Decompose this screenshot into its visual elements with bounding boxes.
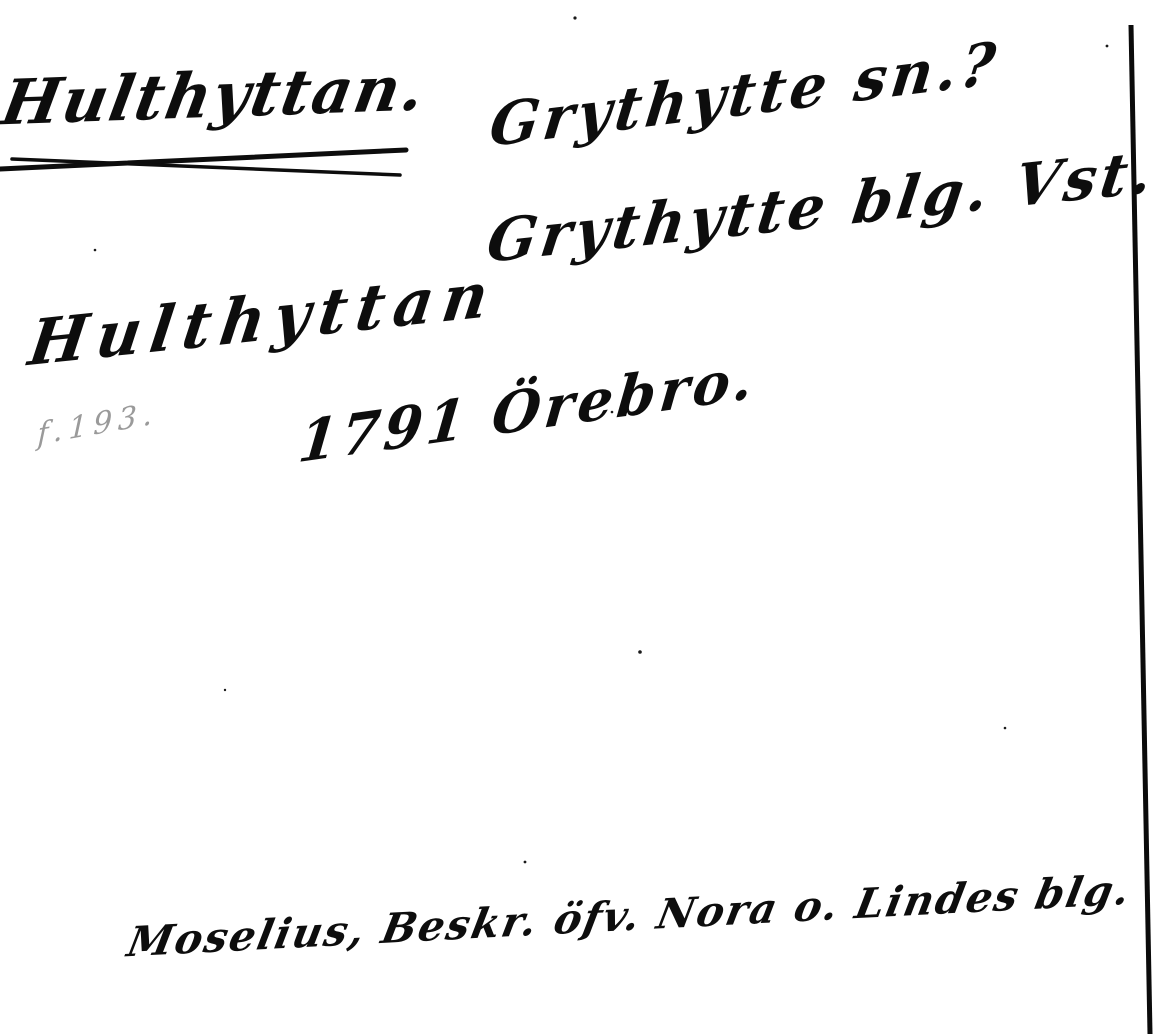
bergslag-annotation: Grythytte blg. Vst. (484, 142, 1153, 271)
source-reference-line: Moselius, Beskr. öfv. Nora o. Lindes blg… (124, 869, 1135, 963)
year-and-place-line: 1791 Örebro. (296, 350, 759, 472)
place-name-title: Hulthyttan. (0, 57, 431, 134)
pencil-folio-note: f.193. (37, 399, 159, 451)
parish-annotation: Grythytte sn.? (487, 34, 1003, 156)
place-name-repeat: Hulthyttan (25, 263, 501, 375)
title-underline-stroke-2 (12, 159, 400, 175)
scanned-document-page: Hulthyttan. Grythytte sn.? Grythytte blg… (0, 0, 1153, 1034)
title-underline-stroke-1 (0, 150, 406, 169)
